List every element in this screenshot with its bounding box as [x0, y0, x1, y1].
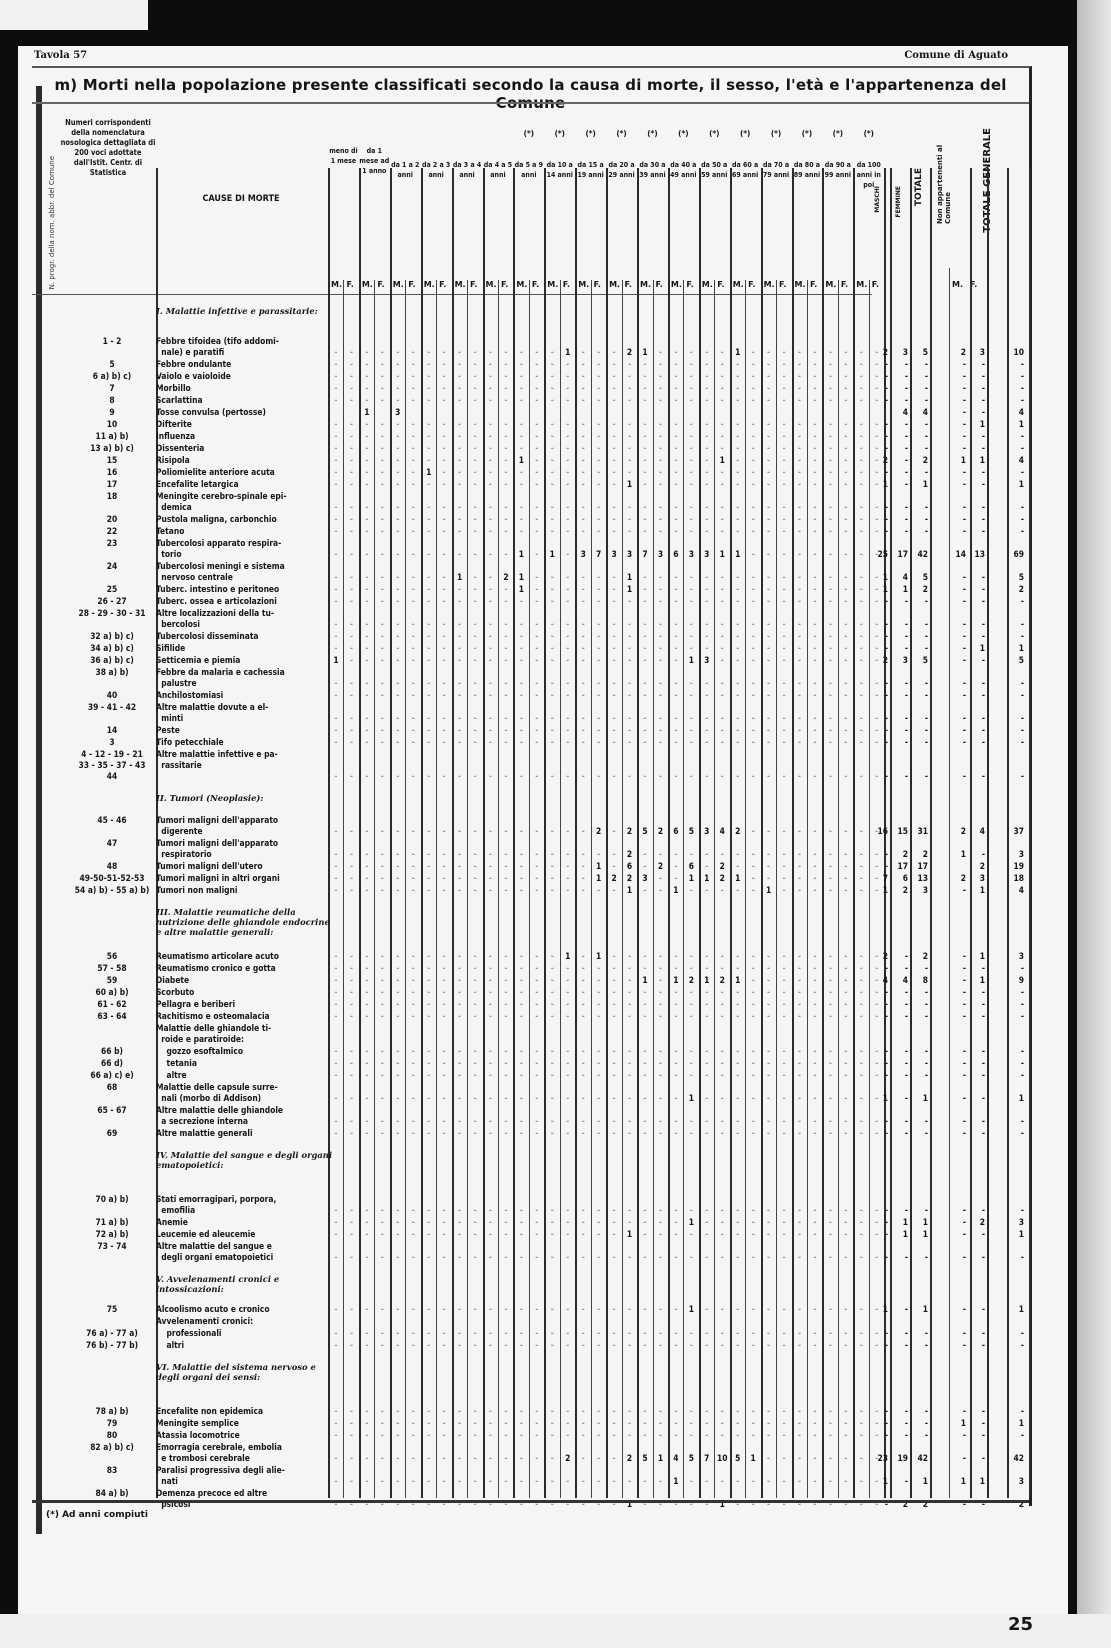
age-cell: - — [390, 1128, 406, 1138]
nm-cell: - — [946, 584, 966, 594]
age-cell: - — [622, 655, 638, 665]
cause-of-death: Altre malattie del sangue e degli organi… — [156, 1241, 328, 1263]
age-cell: - — [761, 1453, 777, 1463]
age-cell: - — [792, 631, 808, 641]
age-cell: - — [622, 631, 638, 641]
age-cell: - — [807, 1252, 823, 1262]
age-cell: - — [575, 1116, 591, 1126]
age-cell: - — [390, 1406, 406, 1416]
age-cell: - — [637, 678, 653, 688]
age-cell: - — [343, 999, 359, 1009]
age-cell: - — [513, 643, 529, 653]
age-cell: - — [792, 1418, 808, 1428]
age-cell: - — [776, 1406, 792, 1416]
age-cell: - — [575, 419, 591, 429]
age-cell: - — [544, 383, 560, 393]
table-row: 9Tosse convulsa (pertosse)1344--4 — [32, 407, 1029, 418]
age-cell: - — [699, 443, 715, 453]
tot-cell: 5 — [908, 572, 928, 582]
age-cell: - — [745, 861, 761, 871]
age-cell: - — [436, 467, 452, 477]
age-cell: - — [792, 849, 808, 859]
age-cell: 2 — [622, 849, 638, 859]
age-cell: - — [452, 514, 468, 524]
age-cell: - — [606, 771, 622, 781]
age-cell: - — [390, 371, 406, 381]
m-cell: 1 — [868, 479, 888, 489]
age-cell: 1 — [683, 1217, 699, 1227]
age-cell: - — [792, 479, 808, 489]
table-row: 22Tetano--------------------------------… — [32, 526, 1029, 537]
tg-cell: 10 — [1004, 347, 1024, 357]
age-cell: - — [343, 975, 359, 985]
age-cell: 10 — [714, 1453, 730, 1463]
age-cell: - — [822, 596, 838, 606]
age-cell: - — [374, 771, 390, 781]
nomenclature-code: 83 — [66, 1465, 158, 1476]
table-row: 65 - 67Altre malattie delle ghiandole a … — [32, 1105, 1029, 1127]
age-cell: - — [498, 873, 514, 883]
age-cell: - — [452, 584, 468, 594]
age-cell: - — [328, 975, 344, 985]
nf-cell: - — [965, 1011, 985, 1021]
age-cell: - — [544, 771, 560, 781]
age-cell: - — [776, 885, 792, 895]
age-cell: - — [359, 1046, 375, 1056]
age-cell: - — [359, 737, 375, 747]
age-cell: - — [807, 1046, 823, 1056]
m-cell: - — [868, 431, 888, 441]
age-group-note: (*) — [699, 128, 730, 139]
tot-cell: 1 — [908, 479, 928, 489]
age-cell: - — [374, 502, 390, 512]
age-cell: - — [328, 1476, 344, 1486]
m-cell: - — [868, 1328, 888, 1338]
age-cell: - — [529, 1058, 545, 1068]
age-cell: - — [807, 572, 823, 582]
age-cell: - — [544, 572, 560, 582]
age-cell: - — [405, 951, 421, 961]
m-cell: - — [868, 1229, 888, 1239]
age-cell: - — [498, 826, 514, 836]
age-cell: - — [483, 1058, 499, 1068]
tg-cell: - — [1004, 1070, 1024, 1080]
age-cell: - — [343, 584, 359, 594]
age-cell: - — [853, 572, 869, 582]
age-cell: - — [776, 443, 792, 453]
table-row: 15Risipola------------1------------1----… — [32, 455, 1029, 466]
nomenclature-code: 4 - 12 - 19 - 21 33 - 35 - 37 - 43 44 — [66, 749, 158, 782]
age-cell: - — [792, 1304, 808, 1314]
age-cell: - — [637, 713, 653, 723]
age-cell: - — [436, 1252, 452, 1262]
nm-cell: - — [946, 631, 966, 641]
nf-cell: - — [965, 849, 985, 859]
age-cell: - — [328, 1205, 344, 1215]
nomenclature-code: 76 b) - 77 b) — [66, 1340, 158, 1351]
age-cell: - — [421, 1093, 437, 1103]
tg-cell: - — [1004, 431, 1024, 441]
age-cell: - — [606, 885, 622, 895]
tot-cell: 8 — [908, 975, 928, 985]
age-cell: - — [467, 1011, 483, 1021]
age-cell: - — [343, 690, 359, 700]
age-cell: - — [822, 395, 838, 405]
age-cell: - — [822, 1252, 838, 1262]
age-cell: - — [853, 1304, 869, 1314]
age-cell: - — [853, 725, 869, 735]
tg-cell: - — [1004, 987, 1024, 997]
age-cell: - — [730, 1418, 746, 1428]
age-cell: - — [328, 596, 344, 606]
age-cell: - — [343, 1304, 359, 1314]
age-cell: - — [436, 631, 452, 641]
age-cell: - — [405, 455, 421, 465]
age-cell: - — [622, 383, 638, 393]
age-cell: - — [390, 849, 406, 859]
age-cell: - — [730, 885, 746, 895]
nf-cell: - — [965, 1093, 985, 1103]
age-cell: - — [838, 1252, 854, 1262]
age-cell: - — [714, 347, 730, 357]
age-cell: - — [761, 619, 777, 629]
age-cell: - — [652, 359, 668, 369]
age-cell: - — [374, 1116, 390, 1126]
age-cell: - — [405, 549, 421, 559]
age-cell: - — [421, 849, 437, 859]
nf-cell: - — [965, 999, 985, 1009]
age-cell: - — [853, 861, 869, 871]
age-cell: - — [359, 975, 375, 985]
age-cell: - — [822, 849, 838, 859]
nf-cell: - — [965, 678, 985, 688]
age-cell: - — [683, 479, 699, 489]
age-cell: - — [421, 419, 437, 429]
age-cell: - — [498, 1418, 514, 1428]
cause-of-death: Influenza — [156, 431, 328, 442]
tot-cell: 1 — [908, 1093, 928, 1103]
age-cell: - — [591, 1011, 607, 1021]
cause-of-death: Tubercolosi apparato respira- torio — [156, 538, 328, 560]
m-cell: - — [868, 1430, 888, 1440]
age-cell: - — [529, 975, 545, 985]
age-cell: 6 — [668, 549, 684, 559]
age-cell: - — [652, 951, 668, 961]
age-cell: - — [359, 885, 375, 895]
age-cell: - — [853, 655, 869, 665]
nomenclature-code: 54 a) b) - 55 a) b) — [66, 885, 158, 896]
age-cell: - — [606, 1328, 622, 1338]
m-cell: 2 — [868, 347, 888, 357]
age-cell: - — [544, 713, 560, 723]
age-cell: - — [853, 885, 869, 895]
nf-cell: 2 — [965, 1217, 985, 1227]
age-cell: - — [575, 572, 591, 582]
age-cell: - — [513, 1304, 529, 1314]
cause-of-death: gozzo esoftalmico — [156, 1046, 328, 1057]
age-cell: - — [575, 963, 591, 973]
age-cell: - — [714, 725, 730, 735]
table-row: 39 - 41 - 42Altre malattie dovute a el- … — [32, 702, 1029, 724]
cause-of-death: Meningite semplice — [156, 1418, 328, 1429]
age-cell: - — [822, 725, 838, 735]
age-cell: - — [853, 1453, 869, 1463]
age-cell: - — [421, 443, 437, 453]
age-cell: - — [637, 1328, 653, 1338]
age-cell: - — [637, 737, 653, 747]
age-cell: - — [498, 1093, 514, 1103]
table-bottom-rule — [32, 1500, 1029, 1503]
age-cell: - — [745, 619, 761, 629]
age-cell: - — [436, 1093, 452, 1103]
tg-cell: 3 — [1004, 1217, 1024, 1227]
nomenclature-code: 56 — [66, 951, 158, 962]
age-cell: - — [591, 419, 607, 429]
m-cell: - — [868, 502, 888, 512]
age-cell: - — [421, 1070, 437, 1080]
age-cell: - — [529, 596, 545, 606]
age-cell: - — [776, 737, 792, 747]
f-cell: 4 — [888, 407, 908, 417]
table-row: 75Alcoolismo acuto e cronico------------… — [32, 1304, 1029, 1315]
age-cell: - — [390, 987, 406, 997]
age-cell: - — [606, 419, 622, 429]
age-cell: - — [343, 1418, 359, 1428]
age-group-header: da 4 a 5 anni — [483, 160, 514, 180]
age-cell: - — [436, 514, 452, 524]
age-cell: - — [560, 1340, 576, 1350]
nomenclature-code: 61 - 62 — [66, 999, 158, 1010]
age-cell: - — [560, 963, 576, 973]
age-cell: - — [560, 771, 576, 781]
age-cell: - — [822, 347, 838, 357]
age-cell: - — [359, 849, 375, 859]
age-cell: 1 — [699, 975, 715, 985]
age-cell: - — [498, 987, 514, 997]
nf-cell: - — [965, 572, 985, 582]
age-cell: - — [405, 1476, 421, 1486]
age-cell: - — [513, 873, 529, 883]
tg-cell: 3 — [1004, 1476, 1024, 1486]
table-row: 16Poliomielite anteriore acuta------1---… — [32, 467, 1029, 478]
age-cell: - — [436, 1328, 452, 1338]
age-cell: - — [776, 643, 792, 653]
age-cell: - — [761, 643, 777, 653]
age-cell: - — [652, 1116, 668, 1126]
age-cell: - — [652, 1340, 668, 1350]
cause-of-death: Diabete — [156, 975, 328, 986]
tg-cell: - — [1004, 690, 1024, 700]
age-cell: - — [652, 1328, 668, 1338]
cause-of-death: Emorragia cerebrale, embolia e trombosi … — [156, 1442, 328, 1464]
age-cell: - — [374, 999, 390, 1009]
tg-cell: 69 — [1004, 549, 1024, 559]
age-cell: - — [668, 725, 684, 735]
age-cell: - — [544, 975, 560, 985]
age-cell: - — [544, 1070, 560, 1080]
age-cell: - — [513, 737, 529, 747]
age-cell: - — [761, 951, 777, 961]
age-cell: - — [374, 1328, 390, 1338]
nf-cell: 1 — [965, 951, 985, 961]
age-cell: 2 — [714, 873, 730, 883]
age-cell: - — [591, 1116, 607, 1126]
age-cell: - — [421, 572, 437, 582]
age-cell: - — [560, 737, 576, 747]
age-cell: - — [730, 1476, 746, 1486]
nm-cell: - — [946, 1430, 966, 1440]
nf-cell: - — [965, 479, 985, 489]
age-cell: - — [359, 619, 375, 629]
age-cell: - — [513, 885, 529, 895]
m-cell: 1 — [868, 1304, 888, 1314]
f-cell: - — [888, 771, 908, 781]
age-cell: 2 — [622, 347, 638, 357]
f-cell: - — [888, 1116, 908, 1126]
table-row: 76 a) - 77 a) professionali-------------… — [32, 1328, 1029, 1339]
age-cell: - — [776, 1328, 792, 1338]
age-cell: 2 — [683, 975, 699, 985]
age-cell: - — [591, 619, 607, 629]
age-cell: - — [436, 987, 452, 997]
age-cell: - — [374, 383, 390, 393]
age-cell: - — [529, 861, 545, 871]
tot-cell: - — [908, 1058, 928, 1068]
age-group-note: (*) — [730, 128, 761, 139]
age-cell: - — [622, 643, 638, 653]
age-cell: - — [405, 1011, 421, 1021]
nf-cell: - — [965, 1046, 985, 1056]
age-cell: - — [683, 383, 699, 393]
age-cell: - — [776, 526, 792, 536]
age-cell: 1 — [745, 1453, 761, 1463]
age-cell: - — [822, 1128, 838, 1138]
age-cell: - — [390, 347, 406, 357]
age-cell: - — [544, 678, 560, 688]
age-cell: - — [652, 975, 668, 985]
age-cell: - — [637, 690, 653, 700]
cause-of-death: tetania — [156, 1058, 328, 1069]
age-cell: - — [498, 861, 514, 871]
age-cell: - — [683, 725, 699, 735]
age-cell: - — [436, 826, 452, 836]
age-cell: - — [637, 359, 653, 369]
age-cell: - — [343, 502, 359, 512]
tg-cell: - — [1004, 999, 1024, 1009]
age-cell: - — [560, 826, 576, 836]
nomenclature-code: 48 — [66, 861, 158, 872]
age-cell: - — [436, 1011, 452, 1021]
age-cell: - — [761, 467, 777, 477]
age-cell: - — [328, 1070, 344, 1080]
age-cell: - — [792, 1406, 808, 1416]
age-cell: - — [529, 690, 545, 700]
age-cell: - — [544, 1116, 560, 1126]
m-cell: - — [868, 526, 888, 536]
age-cell: - — [668, 395, 684, 405]
age-cell: - — [822, 1205, 838, 1215]
age-cell: - — [668, 1093, 684, 1103]
age-cell: - — [838, 395, 854, 405]
cause-of-death: Demenza precoce ed altre psicosi — [156, 1488, 328, 1510]
age-cell: - — [560, 526, 576, 536]
cause-of-death: Scarlattina — [156, 395, 328, 406]
age-cell: - — [683, 514, 699, 524]
age-cell: - — [529, 395, 545, 405]
age-cell: - — [328, 1430, 344, 1440]
age-cell: - — [776, 963, 792, 973]
age-cell: - — [467, 502, 483, 512]
f-cell: - — [888, 1070, 908, 1080]
age-cell: - — [807, 1328, 823, 1338]
age-cell: - — [544, 359, 560, 369]
age-group-header: da 5 a 9 anni — [513, 160, 544, 180]
f-cell: - — [888, 1058, 908, 1068]
age-cell: - — [328, 643, 344, 653]
age-cell: - — [359, 431, 375, 441]
age-cell: - — [343, 963, 359, 973]
age-cell: - — [745, 431, 761, 441]
age-cell: - — [421, 1476, 437, 1486]
m-cell: 1 — [868, 885, 888, 895]
age-cell: - — [467, 963, 483, 973]
age-cell: - — [822, 419, 838, 429]
cause-of-death: altre — [156, 1070, 328, 1081]
cause-of-death: Tumori maligni dell'utero — [156, 861, 328, 872]
age-cell: - — [652, 678, 668, 688]
age-cell: - — [652, 643, 668, 653]
age-cell: - — [853, 849, 869, 859]
age-cell: - — [838, 849, 854, 859]
age-cell: - — [390, 419, 406, 429]
age-cell: - — [683, 987, 699, 997]
age-cell: - — [714, 987, 730, 997]
age-cell: - — [622, 1011, 638, 1021]
age-cell: - — [452, 1217, 468, 1227]
age-cell: - — [853, 1011, 869, 1021]
age-cell: - — [575, 1340, 591, 1350]
age-cell: - — [761, 1046, 777, 1056]
age-cell: - — [359, 383, 375, 393]
tg-cell: 1 — [1004, 1418, 1024, 1428]
age-cell: - — [421, 1116, 437, 1126]
age-cell: - — [622, 1304, 638, 1314]
age-cell: - — [359, 678, 375, 688]
age-cell: - — [498, 655, 514, 665]
age-cell: - — [668, 526, 684, 536]
age-cell: - — [637, 443, 653, 453]
age-cell: - — [436, 1476, 452, 1486]
table-label: Tavola 57 — [34, 50, 87, 61]
age-cell: - — [575, 479, 591, 489]
age-cell: - — [436, 951, 452, 961]
age-cell: 1 — [730, 975, 746, 985]
age-cell: - — [838, 1430, 854, 1440]
age-cell: - — [761, 1116, 777, 1126]
age-cell: - — [374, 861, 390, 871]
age-cell: - — [822, 1430, 838, 1440]
age-cell: - — [730, 1229, 746, 1239]
age-cell: - — [467, 1128, 483, 1138]
m-cell: 7 — [868, 873, 888, 883]
age-cell: - — [776, 1093, 792, 1103]
age-cell: - — [668, 737, 684, 747]
table-title: m) Morti nella popolazione presente clas… — [32, 76, 1029, 112]
age-cell: - — [822, 873, 838, 883]
age-cell: - — [730, 1304, 746, 1314]
age-cell: - — [683, 572, 699, 582]
age-cell: - — [452, 395, 468, 405]
